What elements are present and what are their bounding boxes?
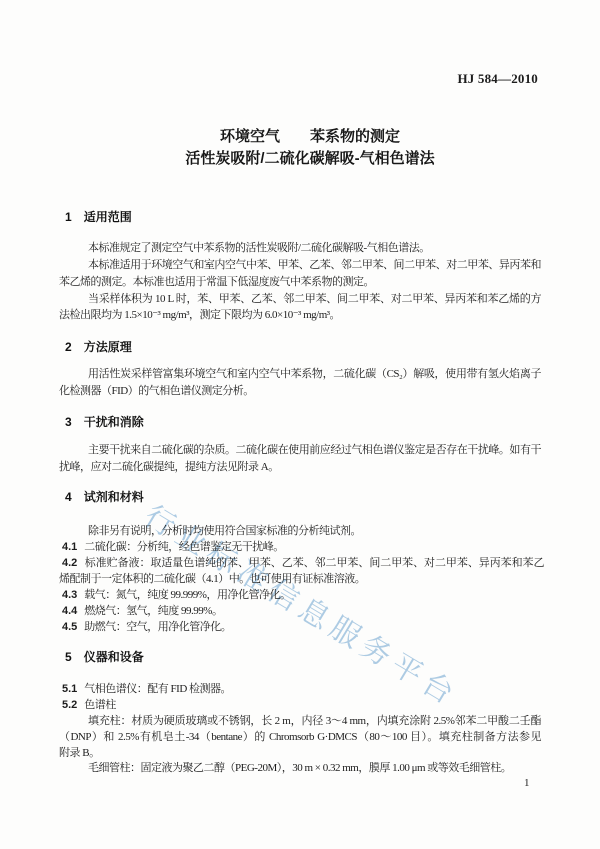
document-title: 环境空气 苯系物的测定 活性炭吸附/二硫化碳解吸-气相色谱法 <box>10 126 600 170</box>
clause-number: 4.3 <box>62 589 77 601</box>
clause-number: 4.4 <box>62 605 77 617</box>
clause-number: 4.1 <box>62 541 77 553</box>
document-content: HJ 584—2010 环境空气 苯系物的测定 活性炭吸附/二硫化碳解吸-气相色… <box>0 0 600 849</box>
clause-4-3: 4.3载气：氮气，纯度 99.999%，用净化管净化。 <box>59 589 544 602</box>
paragraph-line: 除非另有说明，分析时均使用符合国家标准的分析纯试剂。 <box>59 525 541 538</box>
section-heading-3: 3干扰和消除 <box>59 416 547 429</box>
paragraph-line: 用活性炭采样管富集环境空气和室内空气中苯系物，二硫化碳（CS₂）解吸，使用带有氢… <box>59 368 541 381</box>
title-line-2: 活性炭吸附/二硫化碳解吸-气相色谱法 <box>10 148 600 170</box>
clause-4-4: 4.4燃烧气：氢气，纯度 99.99%。 <box>59 605 544 618</box>
clause-number: 5.2 <box>62 699 77 711</box>
clause-number: 4.2 <box>62 557 77 569</box>
paragraph-line: 填充柱：材质为硬质玻璃或不锈钢，长 2 m，内径 3～4 mm，内填充涂附 2.… <box>59 715 541 728</box>
clause-4-1: 4.1二硫化碳：分析纯，经色谱鉴定无干扰峰。 <box>59 541 544 554</box>
paragraph-line: 主要干扰来自二硫化碳的杂质。二硫化碳在使用前应经过气相色谱仪鉴定是否存在干扰峰。… <box>59 444 541 457</box>
clause-4-5: 4.5助燃气：空气，用净化管净化。 <box>59 621 544 634</box>
paragraph-line: 本标准适用于环境空气和室内空气中苯、甲苯、乙苯、邻二甲苯、间二甲苯、对二甲苯、异… <box>59 259 541 272</box>
page-number: 1 <box>524 777 530 789</box>
paragraph-line: 附录 B。 <box>59 747 541 760</box>
section-heading-1: 1适用范围 <box>59 211 547 224</box>
paragraph-line: 烯配制于一定体积的二硫化碳（4.1）中。也可使用有证标准溶液。 <box>59 573 541 586</box>
clause-text: 标准贮备液：取适量色谱纯的苯、甲苯、乙苯、邻二甲苯、间二甲苯、对二甲苯、异丙苯和… <box>84 557 544 569</box>
paragraph-line: 当采样体积为 10 L 时，苯、甲苯、乙苯、邻二甲苯、间二甲苯、对二甲苯、异丙苯… <box>59 293 541 306</box>
clause-number: 4.5 <box>62 621 77 633</box>
clause-text: 载气：氮气，纯度 99.999%，用净化管净化。 <box>84 589 290 601</box>
paragraph-line: 本标准规定了测定空气中苯系物的活性炭吸附/二硫化碳解吸-气相色谱法。 <box>59 242 541 255</box>
section-number: 4 <box>65 490 72 504</box>
paragraph-line: 法检出限均为 1.5×10⁻³ mg/m³，测定下限均为 6.0×10⁻³ mg… <box>59 309 541 322</box>
section-title: 试剂和材料 <box>84 490 144 504</box>
clause-5-2: 5.2色谱柱 <box>59 699 544 712</box>
section-heading-2: 2方法原理 <box>59 341 547 354</box>
paragraph-line: 化检测器（FID）的气相色谱仪测定分析。 <box>59 385 541 398</box>
title-line-1: 环境空气 苯系物的测定 <box>10 126 600 148</box>
clause-text: 助燃气：空气，用净化管净化。 <box>84 621 231 633</box>
clause-number: 5.1 <box>62 683 77 695</box>
paragraph-line: 毛细管柱：固定液为聚乙二醇（PEG-20M），30 m × 0.32 mm，膜厚… <box>59 762 541 775</box>
clause-text: 色谱柱 <box>84 699 116 711</box>
section-title: 干扰和消除 <box>84 415 144 429</box>
section-title: 适用范围 <box>84 210 132 224</box>
clause-text: 气相色谱仪：配有 FID 检测器。 <box>84 683 231 695</box>
section-title: 仪器和设备 <box>84 650 144 664</box>
standard-number: HJ 584—2010 <box>457 71 538 87</box>
clause-4-2: 4.2标准贮备液：取适量色谱纯的苯、甲苯、乙苯、邻二甲苯、间二甲苯、对二甲苯、异… <box>59 557 544 570</box>
section-number: 2 <box>65 340 72 354</box>
paragraph-line: 扰峰，应对二硫化碳提纯，提纯方法见附录 A。 <box>59 461 541 474</box>
section-number: 1 <box>65 210 72 224</box>
clause-text: 二硫化碳：分析纯，经色谱鉴定无干扰峰。 <box>84 541 284 553</box>
section-number: 3 <box>65 415 72 429</box>
paragraph-line: （DNP）和 2.5%有机皂土-34（bentane）的 Chromsorb G… <box>59 731 541 744</box>
section-number: 5 <box>65 650 72 664</box>
paragraph-line: 苯乙烯的测定。本标准也适用于常温下低湿度废气中苯系物的测定。 <box>59 276 541 289</box>
section-title: 方法原理 <box>84 340 132 354</box>
section-heading-5: 5仪器和设备 <box>59 651 547 664</box>
section-heading-4: 4试剂和材料 <box>59 491 547 504</box>
document-page: 行业标准信息服务平台 HJ 584—2010 环境空气 苯系物的测定 活性炭吸附… <box>0 0 600 849</box>
clause-5-1: 5.1气相色谱仪：配有 FID 检测器。 <box>59 683 544 696</box>
clause-text: 燃烧气：氢气，纯度 99.99%。 <box>84 605 222 617</box>
